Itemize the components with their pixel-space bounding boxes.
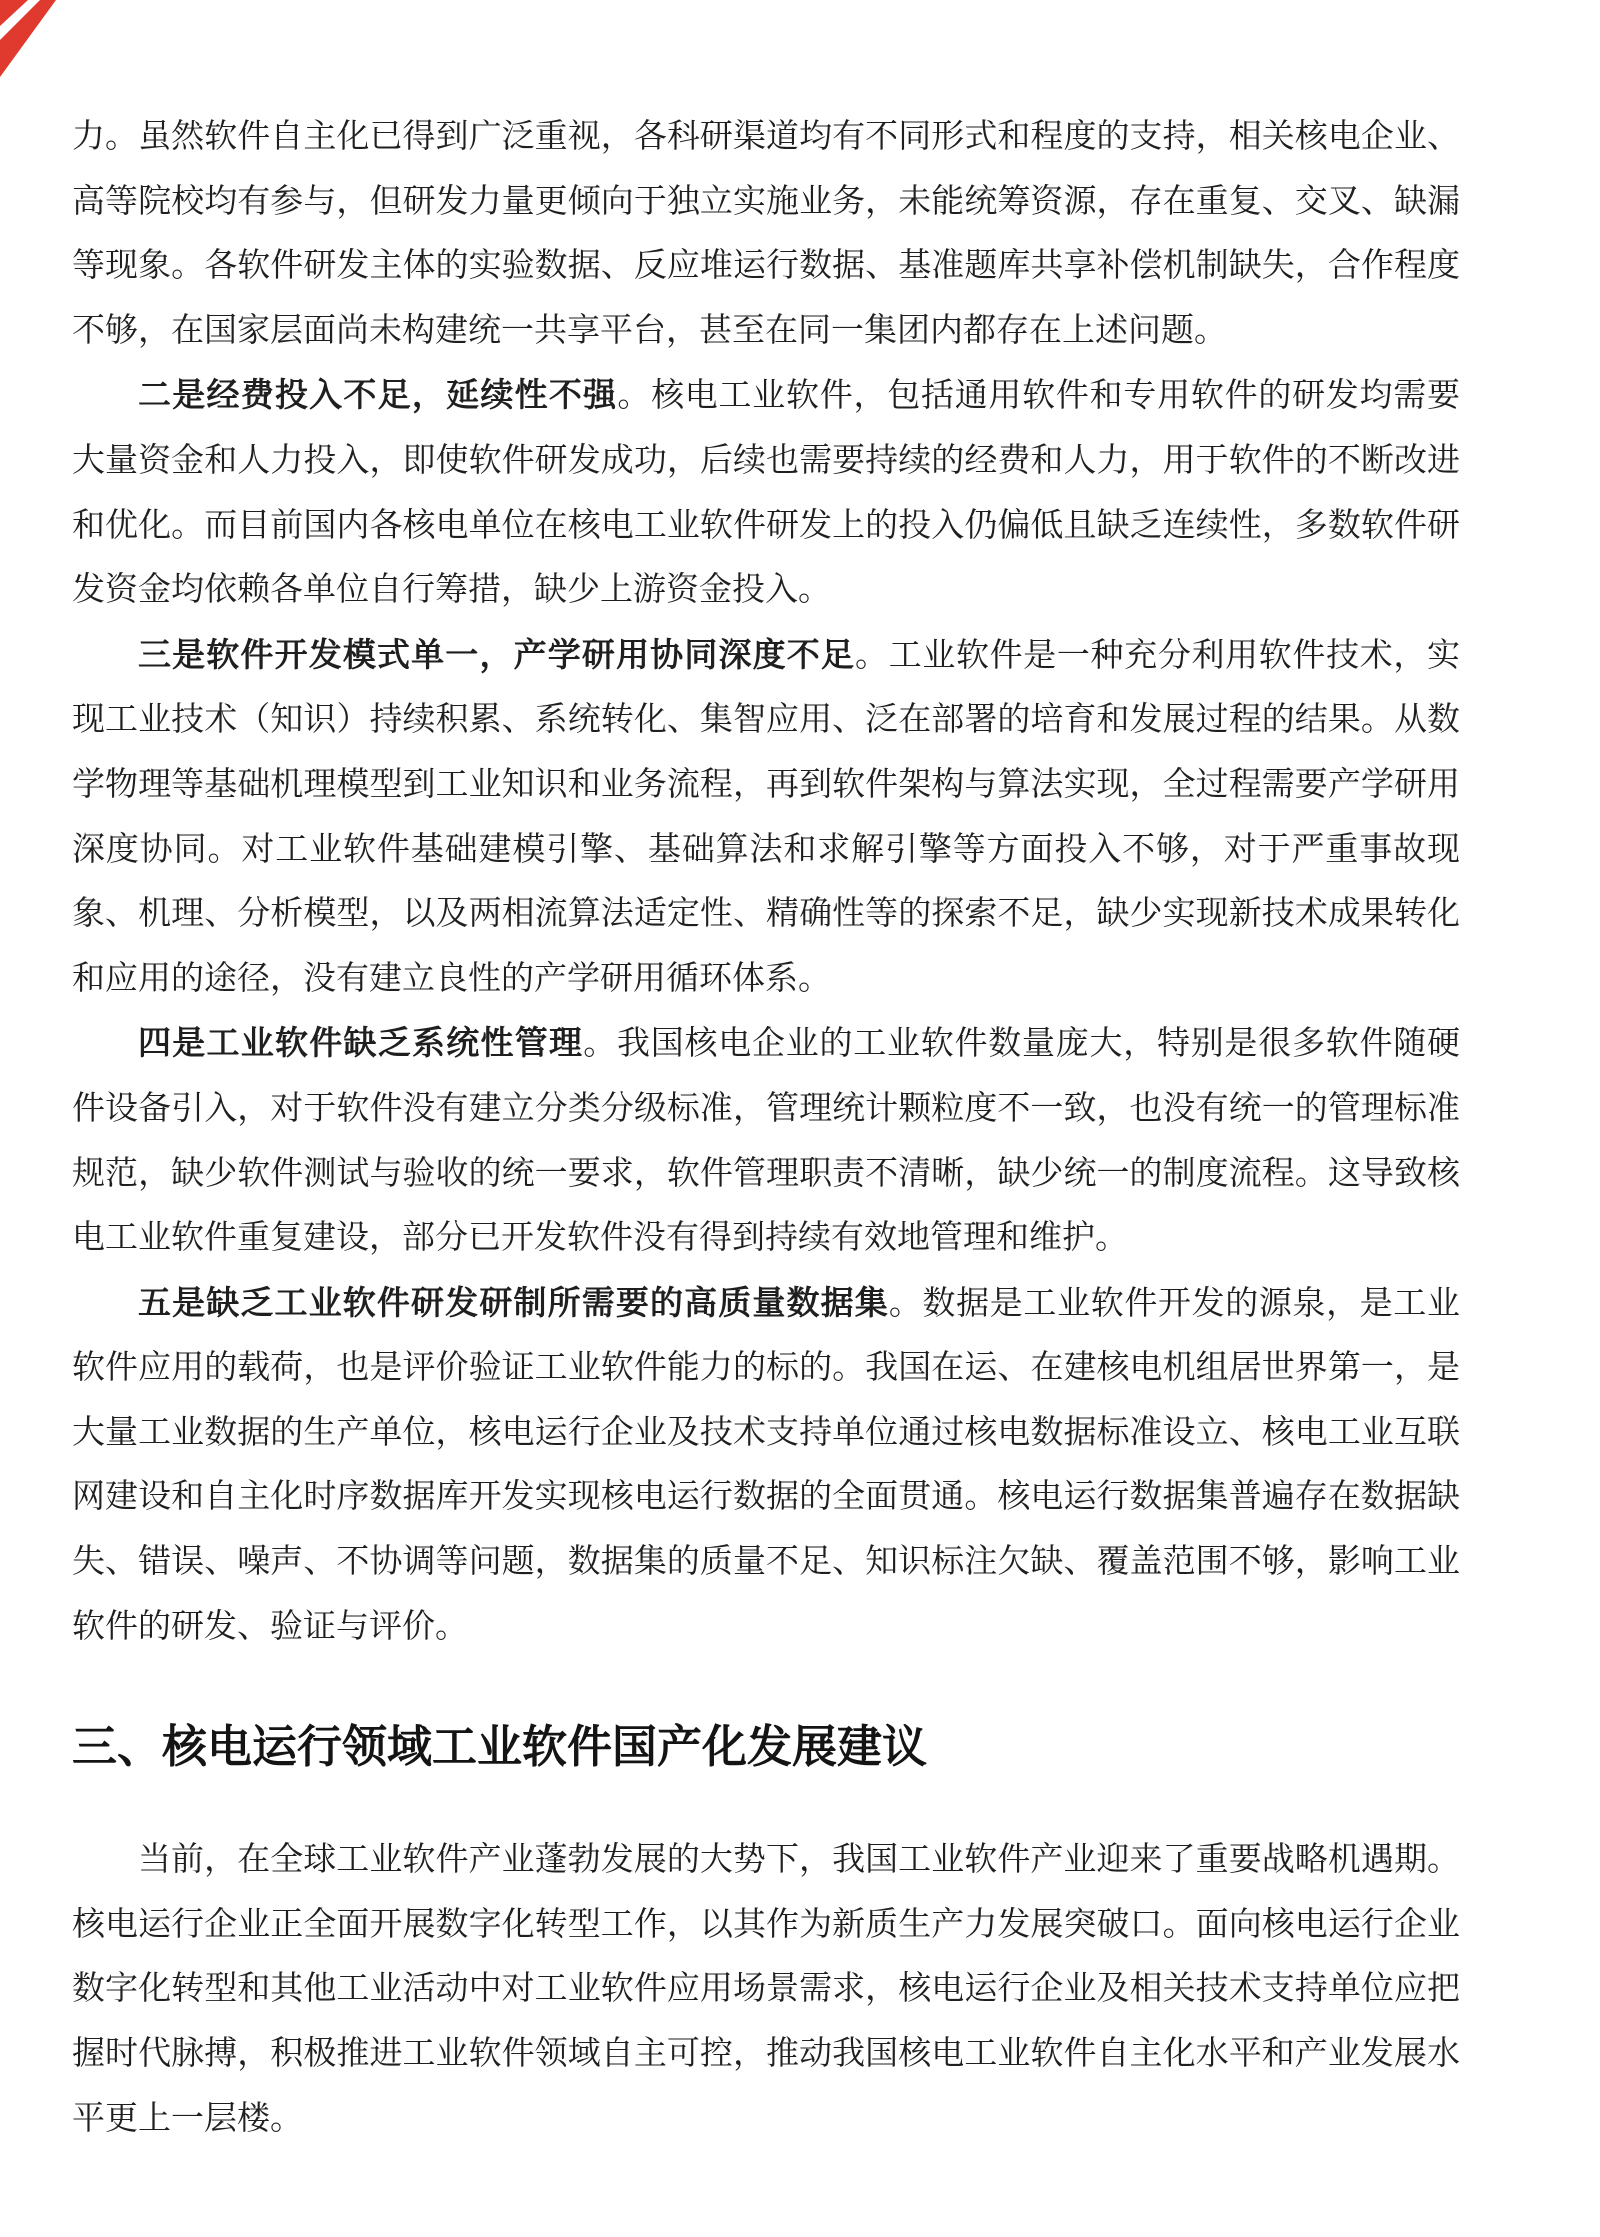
paragraph-text: 当前，在全球工业软件产业蓬勃发展的大势下，我国工业软件产业迎来了重要战略机遇期。… xyxy=(72,1842,1460,2136)
paragraph-lead-in: 三是软件开发模式单一，产学研用协同深度不足 xyxy=(138,636,855,673)
paragraph-text: 力。虽然软件自主化已得到广泛重视，各科研渠道均有不同形式和程度的支持，相关核电企… xyxy=(72,119,1460,349)
paragraph-lead-in: 四是工业软件缺乏系统性管理 xyxy=(138,1024,583,1061)
article-body: 力。虽然软件自主化已得到广泛重视，各科研渠道均有不同形式和程度的支持，相关核电企… xyxy=(72,104,1460,2151)
paragraph-lead-in: 二是经费投入不足，延续性不强 xyxy=(138,376,617,413)
paragraph-point-four: 四是工业软件缺乏系统性管理。我国核电企业的工业软件数量庞大，特别是很多软件随硬件… xyxy=(72,1011,1460,1270)
section-heading: 三、核电运行领域工业软件国产化发展建议 xyxy=(72,1720,1460,1774)
paragraph-continuation: 力。虽然软件自主化已得到广泛重视，各科研渠道均有不同形式和程度的支持，相关核电企… xyxy=(72,104,1460,363)
paragraph-point-five: 五是缺乏工业软件研发研制所需要的高质量数据集。数据是工业软件开发的源泉，是工业软… xyxy=(72,1271,1460,1660)
paragraph-text: 。数据是工业软件开发的源泉，是工业软件应用的载荷，也是评价验证工业软件能力的标的… xyxy=(72,1286,1460,1645)
document-page: 力。虽然软件自主化已得到广泛重视，各科研渠道均有不同形式和程度的支持，相关核电企… xyxy=(0,0,1600,2237)
closing-paragraph: 当前，在全球工业软件产业蓬勃发展的大势下，我国工业软件产业迎来了重要战略机遇期。… xyxy=(72,1827,1460,2151)
paragraph-text: 。工业软件是一种充分利用软件技术，实现工业技术（知识）持续积累、系统转化、集智应… xyxy=(72,638,1460,997)
red-corner-mark-icon xyxy=(0,0,57,78)
paragraph-lead-in: 五是缺乏工业软件研发研制所需要的高质量数据集 xyxy=(138,1284,889,1321)
paragraph-point-three: 三是软件开发模式单一，产学研用协同深度不足。工业软件是一种充分利用软件技术，实现… xyxy=(72,623,1460,1012)
paragraph-point-two: 二是经费投入不足，延续性不强。核电工业软件，包括通用软件和专用软件的研发均需要大… xyxy=(72,363,1460,622)
